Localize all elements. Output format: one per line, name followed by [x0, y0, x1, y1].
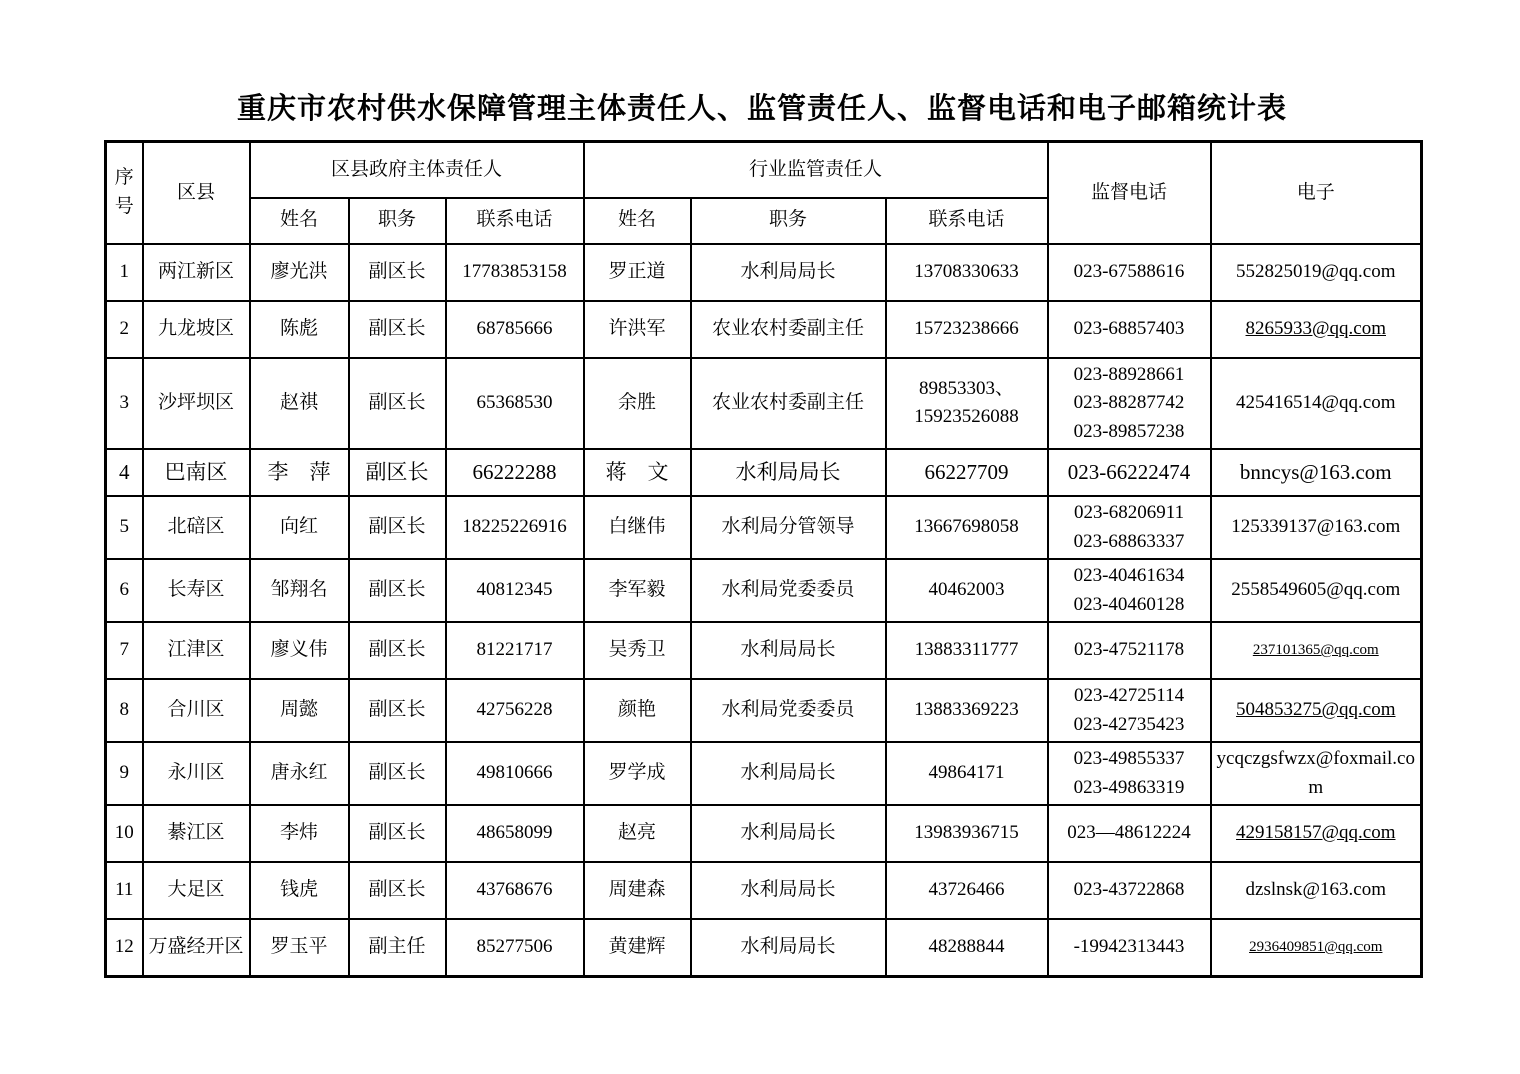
ind-position-cell: 水利局局长 — [691, 622, 886, 679]
table-row: 9 永川区 唐永红 副区长 49810666 罗学成 水利局局长 4986417… — [106, 742, 1422, 805]
ind-position-cell: 水利局局长 — [691, 862, 886, 919]
gov-position-cell: 副区长 — [349, 244, 446, 301]
ind-name-cell: 白继伟 — [584, 496, 691, 559]
gov-name-cell: 唐永红 — [250, 742, 349, 805]
district-cell: 万盛经开区 — [143, 919, 250, 976]
ind-phone-cell: 48288844 — [886, 919, 1048, 976]
gov-name-cell: 李 萍 — [250, 449, 349, 496]
ind-name-cell: 罗学成 — [584, 742, 691, 805]
gov-phone-cell: 66222288 — [446, 449, 584, 496]
header-seq: 序号 — [106, 142, 143, 244]
email-cell: 125339137@163.com — [1211, 496, 1422, 559]
gov-name-cell: 钱虎 — [250, 862, 349, 919]
email-cell: 552825019@qq.com — [1211, 244, 1422, 301]
gov-name-cell: 陈彪 — [250, 301, 349, 358]
ind-name-cell: 吴秀卫 — [584, 622, 691, 679]
table-row: 11 大足区 钱虎 副区长 43768676 周建森 水利局局长 4372646… — [106, 862, 1422, 919]
gov-name-cell: 向红 — [250, 496, 349, 559]
ind-phone-cell: 13708330633 — [886, 244, 1048, 301]
header-district: 区县 — [143, 142, 250, 244]
district-cell: 沙坪坝区 — [143, 358, 250, 450]
header-ind-name: 姓名 — [584, 198, 691, 244]
gov-position-cell: 副区长 — [349, 622, 446, 679]
gov-position-cell: 副区长 — [349, 679, 446, 742]
email-cell: 2558549605@qq.com — [1211, 559, 1422, 622]
gov-position-cell: 副区长 — [349, 742, 446, 805]
supervision-phone-cell: 023-47521178 — [1048, 622, 1211, 679]
table-row: 7 江津区 廖义伟 副区长 81221717 吴秀卫 水利局局长 1388331… — [106, 622, 1422, 679]
district-cell: 永川区 — [143, 742, 250, 805]
table-row: 2 九龙坡区 陈彪 副区长 68785666 许洪军 农业农村委副主任 1572… — [106, 301, 1422, 358]
email-cell: bnncys@163.com — [1211, 449, 1422, 496]
ind-position-cell: 水利局党委委员 — [691, 679, 886, 742]
seq-cell: 4 — [106, 449, 143, 496]
ind-phone-cell: 13983936715 — [886, 805, 1048, 862]
table-row: 1 两江新区 廖光洪 副区长 17783853158 罗正道 水利局局长 137… — [106, 244, 1422, 301]
ind-phone-cell: 15723238666 — [886, 301, 1048, 358]
supervision-phone-cell: 023-66222474 — [1048, 449, 1211, 496]
gov-position-cell: 副区长 — [349, 862, 446, 919]
header-supervision-phone: 监督电话 — [1048, 142, 1211, 244]
ind-phone-cell: 43726466 — [886, 862, 1048, 919]
header-gov-phone: 联系电话 — [446, 198, 584, 244]
ind-phone-cell: 49864171 — [886, 742, 1048, 805]
supervision-phone-cell: 023-42725114 023-42735423 — [1048, 679, 1211, 742]
ind-phone-cell: 66227709 — [886, 449, 1048, 496]
gov-position-cell: 副区长 — [349, 449, 446, 496]
responsibility-table: 序号 区县 区县政府主体责任人 行业监管责任人 监督电话 电子 姓名 职务 联系… — [104, 140, 1423, 978]
gov-position-cell: 副区长 — [349, 496, 446, 559]
page-title: 重庆市农村供水保障管理主体责任人、监管责任人、监督电话和电子邮箱统计表 — [104, 86, 1420, 127]
ind-name-cell: 李军毅 — [584, 559, 691, 622]
table-row: 6 长寿区 邹翔名 副区长 40812345 李军毅 水利局党委委员 40462… — [106, 559, 1422, 622]
seq-cell: 6 — [106, 559, 143, 622]
gov-name-cell: 邹翔名 — [250, 559, 349, 622]
header-gov-name: 姓名 — [250, 198, 349, 244]
ind-name-cell: 余胜 — [584, 358, 691, 450]
seq-cell: 10 — [106, 805, 143, 862]
table-row: 3 沙坪坝区 赵祺 副区长 65368530 余胜 农业农村委副主任 89853… — [106, 358, 1422, 450]
gov-phone-cell: 68785666 — [446, 301, 584, 358]
gov-position-cell: 副区长 — [349, 559, 446, 622]
seq-cell: 2 — [106, 301, 143, 358]
ind-name-cell: 赵亮 — [584, 805, 691, 862]
district-cell: 合川区 — [143, 679, 250, 742]
district-cell: 九龙坡区 — [143, 301, 250, 358]
gov-name-cell: 赵祺 — [250, 358, 349, 450]
header-ind-position: 职务 — [691, 198, 886, 244]
supervision-phone-cell: 023-68206911 023-68863337 — [1048, 496, 1211, 559]
seq-cell: 7 — [106, 622, 143, 679]
seq-cell: 5 — [106, 496, 143, 559]
email-link[interactable]: 8265933@qq.com — [1211, 301, 1422, 358]
ind-phone-cell: 40462003 — [886, 559, 1048, 622]
header-industry-group: 行业监管责任人 — [584, 142, 1048, 198]
gov-name-cell: 李炜 — [250, 805, 349, 862]
gov-phone-cell: 65368530 — [446, 358, 584, 450]
district-cell: 北碚区 — [143, 496, 250, 559]
seq-cell: 9 — [106, 742, 143, 805]
ind-position-cell: 农业农村委副主任 — [691, 301, 886, 358]
table-row: 4 巴南区 李 萍 副区长 66222288 蒋 文 水利局局长 6622770… — [106, 449, 1422, 496]
ind-phone-cell: 13667698058 — [886, 496, 1048, 559]
email-cell: 425416514@qq.com — [1211, 358, 1422, 450]
gov-phone-cell: 85277506 — [446, 919, 584, 976]
gov-name-cell: 廖光洪 — [250, 244, 349, 301]
gov-name-cell: 周懿 — [250, 679, 349, 742]
gov-position-cell: 副区长 — [349, 301, 446, 358]
district-cell: 江津区 — [143, 622, 250, 679]
district-cell: 长寿区 — [143, 559, 250, 622]
gov-phone-cell: 49810666 — [446, 742, 584, 805]
table-header: 序号 区县 区县政府主体责任人 行业监管责任人 监督电话 电子 姓名 职务 联系… — [106, 142, 1422, 244]
seq-cell: 8 — [106, 679, 143, 742]
supervision-phone-cell: 023-67588616 — [1048, 244, 1211, 301]
email-link[interactable]: 2936409851@qq.com — [1211, 919, 1422, 976]
ind-name-cell: 蒋 文 — [584, 449, 691, 496]
ind-phone-cell: 13883369223 — [886, 679, 1048, 742]
table-body: 1 两江新区 廖光洪 副区长 17783853158 罗正道 水利局局长 137… — [106, 244, 1422, 977]
seq-cell: 1 — [106, 244, 143, 301]
gov-position-cell: 副主任 — [349, 919, 446, 976]
district-cell: 大足区 — [143, 862, 250, 919]
gov-phone-cell: 17783853158 — [446, 244, 584, 301]
ind-phone-cell: 13883311777 — [886, 622, 1048, 679]
ind-name-cell: 罗正道 — [584, 244, 691, 301]
supervision-phone-cell: 023-68857403 — [1048, 301, 1211, 358]
ind-position-cell: 水利局局长 — [691, 919, 886, 976]
table-row: 8 合川区 周懿 副区长 42756228 颜艳 水利局党委委员 1388336… — [106, 679, 1422, 742]
ind-position-cell: 水利局局长 — [691, 805, 886, 862]
gov-phone-cell: 43768676 — [446, 862, 584, 919]
district-cell: 两江新区 — [143, 244, 250, 301]
email-link[interactable]: 237101365@qq.com — [1211, 622, 1422, 679]
header-gov-group: 区县政府主体责任人 — [250, 142, 584, 198]
email-cell: ycqczgsfwzx@foxmail.com — [1211, 742, 1422, 805]
ind-position-cell: 水利局局长 — [691, 244, 886, 301]
gov-phone-cell: 40812345 — [446, 559, 584, 622]
ind-position-cell: 水利局局长 — [691, 742, 886, 805]
table-row: 10 綦江区 李炜 副区长 48658099 赵亮 水利局局长 13983936… — [106, 805, 1422, 862]
supervision-phone-cell: 023-49855337 023-49863319 — [1048, 742, 1211, 805]
email-link[interactable]: 504853275@qq.com — [1211, 679, 1422, 742]
supervision-phone-cell: -19942313443 — [1048, 919, 1211, 976]
seq-cell: 3 — [106, 358, 143, 450]
gov-position-cell: 副区长 — [349, 805, 446, 862]
ind-position-cell: 农业农村委副主任 — [691, 358, 886, 450]
ind-name-cell: 许洪军 — [584, 301, 691, 358]
seq-cell: 12 — [106, 919, 143, 976]
email-link[interactable]: 429158157@qq.com — [1211, 805, 1422, 862]
ind-position-cell: 水利局分管领导 — [691, 496, 886, 559]
district-cell: 綦江区 — [143, 805, 250, 862]
ind-name-cell: 黄建辉 — [584, 919, 691, 976]
table-row: 5 北碚区 向红 副区长 18225226916 白继伟 水利局分管领导 136… — [106, 496, 1422, 559]
gov-name-cell: 廖义伟 — [250, 622, 349, 679]
email-cell: dzslnsk@163.com — [1211, 862, 1422, 919]
gov-phone-cell: 18225226916 — [446, 496, 584, 559]
supervision-phone-cell: 023-40461634 023-40460128 — [1048, 559, 1211, 622]
gov-position-cell: 副区长 — [349, 358, 446, 450]
seq-cell: 11 — [106, 862, 143, 919]
supervision-phone-cell: 023-88928661 023-88287742 023-89857238 — [1048, 358, 1211, 450]
ind-position-cell: 水利局局长 — [691, 449, 886, 496]
header-ind-phone: 联系电话 — [886, 198, 1048, 244]
ind-name-cell: 周建森 — [584, 862, 691, 919]
supervision-phone-cell: 023—48612224 — [1048, 805, 1211, 862]
gov-phone-cell: 81221717 — [446, 622, 584, 679]
gov-name-cell: 罗玉平 — [250, 919, 349, 976]
district-cell: 巴南区 — [143, 449, 250, 496]
ind-name-cell: 颜艳 — [584, 679, 691, 742]
ind-position-cell: 水利局党委委员 — [691, 559, 886, 622]
gov-phone-cell: 48658099 — [446, 805, 584, 862]
supervision-phone-cell: 023-43722868 — [1048, 862, 1211, 919]
table-row: 12 万盛经开区 罗玉平 副主任 85277506 黄建辉 水利局局长 4828… — [106, 919, 1422, 976]
ind-phone-cell: 89853303、 15923526088 — [886, 358, 1048, 450]
header-email: 电子 — [1211, 142, 1422, 244]
header-gov-position: 职务 — [349, 198, 446, 244]
document-page: 重庆市农村供水保障管理主体责任人、监管责任人、监督电话和电子邮箱统计表 序号 区… — [0, 0, 1520, 1074]
gov-phone-cell: 42756228 — [446, 679, 584, 742]
